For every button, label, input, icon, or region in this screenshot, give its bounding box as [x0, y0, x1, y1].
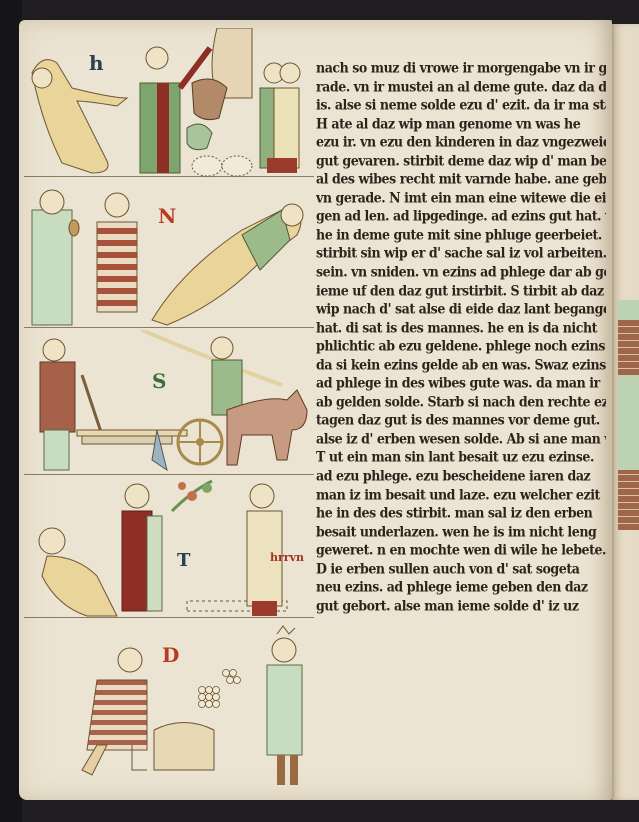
facing-page-tower-top: [618, 300, 639, 320]
gutter: [612, 24, 614, 800]
facing-page-green-wall: [618, 375, 639, 470]
facing-page-brick-wall-lower: [618, 470, 639, 530]
text-line: he in des des stirbit. man sal iz den er…: [316, 503, 606, 524]
text-line: geweret. n en mochte wen di wile he lebe…: [316, 540, 606, 561]
text-line: nach so muz di vrowe ir morgengabe vn ir…: [316, 58, 606, 79]
text-line: sein. vn sniden. vn ezins ad phlege dar …: [316, 262, 606, 283]
text-line: wip nach d' sat alse di eide daz lant be…: [316, 299, 606, 320]
facing-page-brick-wall: [618, 320, 639, 375]
text-line: ezu ir. vn ezu den kinderen in daz vngez…: [316, 132, 606, 153]
initial-h: h: [89, 53, 104, 73]
text-line: gut gebort. alse man ieme solde d' iz uz: [316, 596, 606, 617]
illustration-scene-3: [22, 330, 312, 475]
text-line: phlichtic ab ezu geldene. phlege noch ez…: [316, 336, 606, 357]
text-line: al des wibes recht mit varnde habe. ane …: [316, 169, 606, 190]
marginal-gloss: hrrvn: [270, 551, 304, 564]
text-line: ad phlege in des wibes gute was. da man …: [316, 373, 606, 394]
initial-N: N: [158, 206, 176, 226]
illustration-scene-4: [22, 476, 312, 618]
initial-T-illustration: T: [177, 552, 190, 570]
text-line: is. alse si neme solde ezu d' ezit. da i…: [316, 95, 606, 116]
initial-S: S: [152, 371, 166, 391]
initial-D-illustration: D: [162, 645, 179, 665]
text-column: nach so muz di vrowe ir morgengabe vn ir…: [316, 60, 606, 616]
illustration-scene-2: [22, 180, 312, 328]
illustration-scene-1: [22, 28, 312, 178]
text-line: ad ezu phlege. ezu bescheidene iaren daz: [316, 466, 606, 487]
text-line: neu ezins. ad phlege ieme geben den daz: [316, 577, 606, 598]
